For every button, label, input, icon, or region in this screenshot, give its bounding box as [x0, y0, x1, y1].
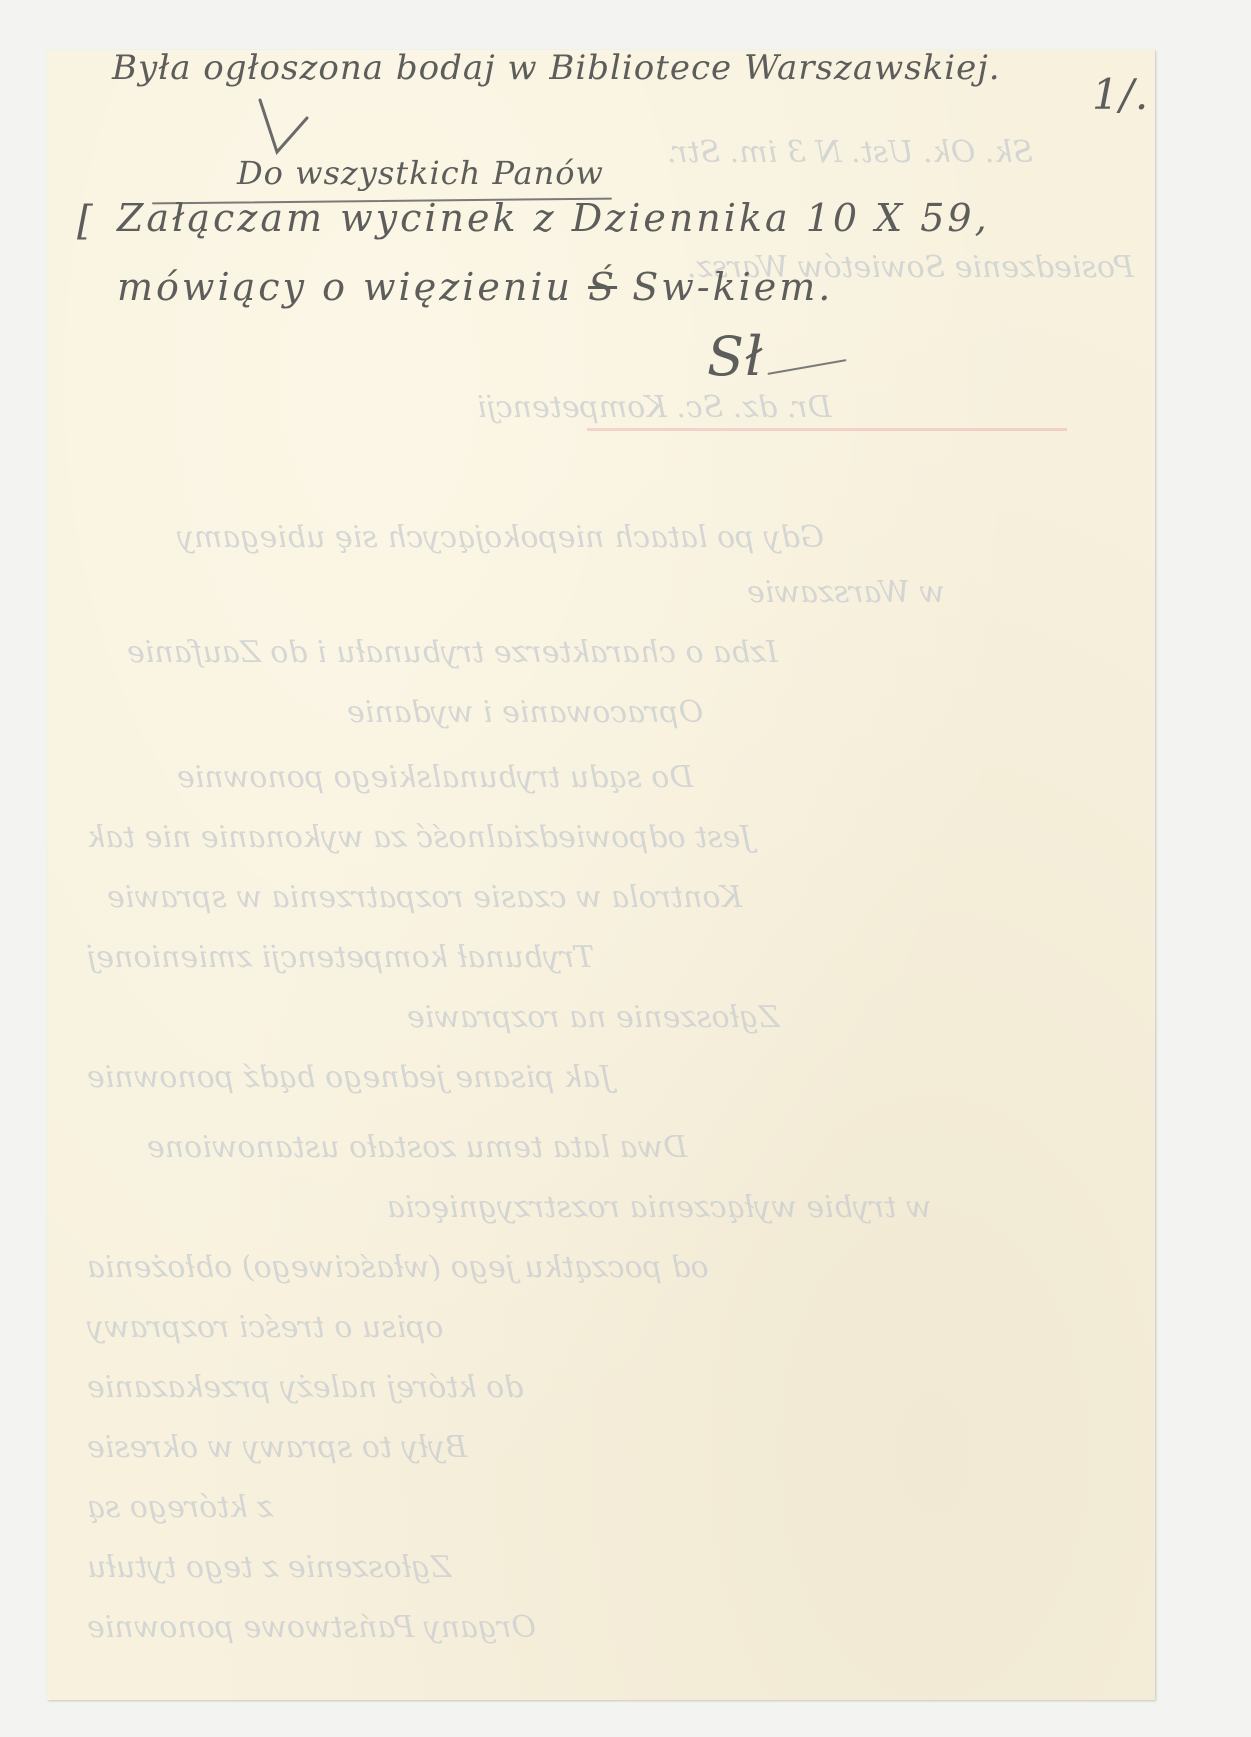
body-line-1-bracket: [: [77, 198, 94, 244]
ghost-line: Organy Państwowe ponownie: [87, 1610, 536, 1645]
ghost-line: Dwa lata temu zostało ustanowione: [147, 1130, 687, 1165]
signature: Sł: [707, 325, 764, 388]
ghost-line: w Warszawie: [747, 575, 945, 610]
ghost-line: Były to sprawy w okresie: [87, 1430, 467, 1465]
ghost-line: Jak pisane jednego bądź ponownie: [87, 1060, 612, 1095]
paper-sheet: Sk. Ok. Ust. N 3 im. Str. Posiedzenie So…: [47, 50, 1155, 1700]
struck-letter: Ś: [588, 265, 617, 309]
ghost-line: Sk. Ok. Ust. N 3 im. Str.: [667, 135, 1033, 170]
body-line-2-start: mówiący o więzieniu: [117, 265, 573, 309]
ghost-line: Do sądu trybunalskiego ponownie: [177, 760, 693, 795]
body-line-2-end: Sw-kiem.: [632, 265, 833, 309]
ghost-line: Opracowanie i wydanie: [347, 695, 703, 730]
ghost-line: opisu o treści rozprawy: [87, 1310, 443, 1345]
ghost-line: z którego są: [87, 1490, 273, 1525]
ghost-line: Dr. dz. Sc. Kompetencji: [477, 390, 832, 425]
ghost-line: Gdy po latach niepokojących się ubiegamy: [177, 520, 824, 555]
page-number: 1/.: [1092, 70, 1149, 119]
ghost-line: Izba o charakterze trybunału i do Zaufan…: [127, 635, 778, 670]
addressee: Do wszystkich Panów: [237, 154, 604, 192]
pink-mark: [587, 428, 1067, 431]
ghost-line: do której należy przekazanie: [87, 1370, 523, 1405]
top-note: Była ogłoszona bodaj w Bibliotece Warsza…: [112, 48, 1001, 88]
body-line-2: mówiący o więzieniu Ś Sw-kiem.: [117, 265, 833, 309]
ghost-line: Jest odpowiedzialność za wykonanie nie t…: [87, 820, 752, 855]
ghost-line: Zgłoszenie z tego tytułu: [87, 1550, 451, 1585]
ghost-line: Kontrola w czasie rozpatrzenia w sprawie: [107, 880, 742, 915]
ghost-line: w trybie wyłączenia rozstrzygnięcia: [387, 1190, 932, 1225]
ghost-line: Trybunał kompetencji zmienionej: [87, 940, 594, 975]
ghost-line: od początku jego (właściwego) obłożenia: [87, 1250, 709, 1285]
body-line-1: Załączam wycinek z Dziennika 10 X 59,: [117, 196, 990, 240]
signature-stroke: [767, 359, 846, 375]
ghost-line: Zgłoszenie na rozprawie: [407, 1000, 779, 1035]
check-mark-icon: [252, 90, 312, 160]
